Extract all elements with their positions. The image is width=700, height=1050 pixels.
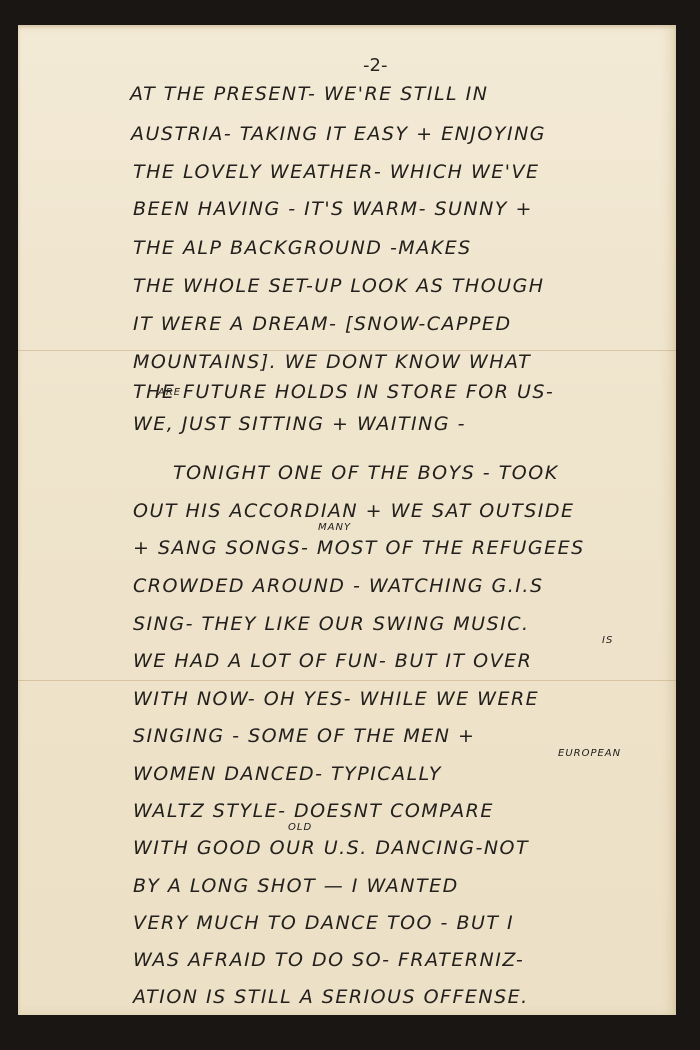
text-line: the future holds in store for us- xyxy=(133,381,554,403)
text-line: with now- Oh yes- while we were xyxy=(133,688,539,710)
text-line: + sang songs- Most of the refugees xyxy=(133,537,585,559)
text-line: been having - It's warm- sunny + xyxy=(133,198,533,220)
text-line: the whole set-up look as though xyxy=(133,275,545,297)
text-line: it were a dream- [Snow-capped xyxy=(133,313,512,335)
paper-fold-line xyxy=(18,680,676,681)
page-number: -2- xyxy=(363,55,387,76)
insertion-text: old xyxy=(288,822,312,833)
letter-page: -2- At the present- we're still in Austr… xyxy=(18,25,676,1015)
insertion-text: is xyxy=(602,635,613,646)
text-line: the lovely weather- which we've xyxy=(133,161,540,183)
text-line: mountains]. We dont know what xyxy=(133,351,531,373)
text-line: Austria- taking it easy + enjoying xyxy=(131,123,546,145)
text-line: Tonight one of the boys - took xyxy=(173,462,559,484)
text-line: very much to dance too - But I xyxy=(133,912,514,934)
text-line: women danced- typically xyxy=(133,763,442,785)
text-line: singing - some of the men + xyxy=(133,725,475,747)
text-line: out his accordian + we sat outside xyxy=(133,500,575,522)
text-line: ation is still a serious offense. xyxy=(133,986,529,1008)
text-line: the Alp background -makes xyxy=(133,237,472,259)
text-line: We had a lot of fun- But it over xyxy=(133,650,532,672)
text-line: At the present- we're still in xyxy=(130,83,489,105)
text-line: with Good our U.S. dancing-not xyxy=(133,837,529,859)
text-line: was afraid to do so- Fraterniz- xyxy=(133,949,524,971)
insertion-text: many xyxy=(318,522,351,533)
text-line: crowded around - watching G.I.s xyxy=(133,575,544,597)
text-line: sing- They like our swing music. xyxy=(133,613,530,635)
text-line: by a long shot — I wanted xyxy=(133,875,459,897)
text-line: waltz style- Doesnt compare xyxy=(133,800,494,822)
insertion-text: European xyxy=(558,748,621,759)
text-line: we, just sitting + waiting - xyxy=(133,413,466,435)
